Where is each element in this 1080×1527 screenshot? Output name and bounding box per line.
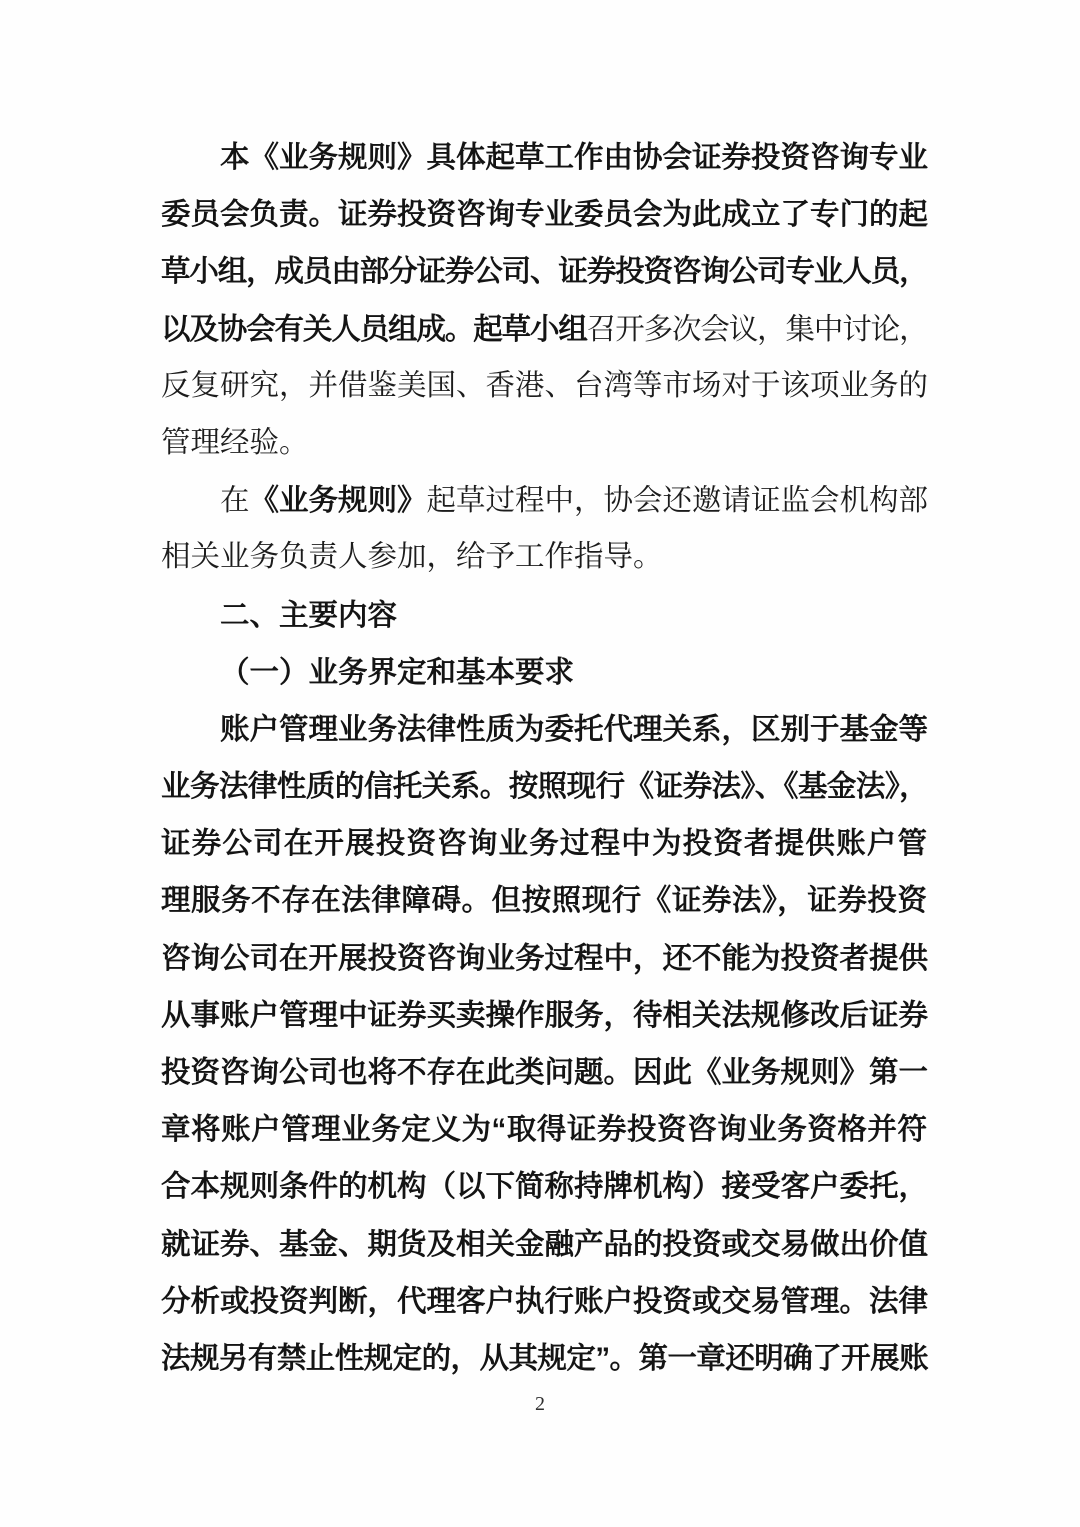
text-line: 在《业务规则》起草过程中，协会还邀请证监会机构部	[161, 472, 927, 529]
text-line: 账户管理业务法律性质为委托代理关系，区别于基金等	[161, 701, 927, 758]
text-run: 二、主要内容	[220, 599, 397, 632]
text-line: 投资咨询公司也将不存在此类问题。因此《业务规则》第一	[161, 1044, 927, 1101]
text-line: 草小组，成员由部分证券公司、证券投资咨询公司专业人员，	[161, 243, 927, 300]
text-line: 证券公司在开展投资咨询业务过程中为投资者提供账户管	[161, 815, 927, 872]
text-run: 召开多次会议，集中讨论，	[587, 314, 927, 346]
text-run: 起草过程中，协会还邀请证监会机构部	[427, 485, 929, 517]
page-number: 2	[0, 1390, 1080, 1418]
text-run: 投资咨询公司也将不存在此类问题。因此《业务规则》第一	[161, 1056, 928, 1089]
text-line: 以及协会有关人员组成。起草小组召开多次会议，集中讨论，	[161, 301, 927, 358]
text-line: 理服务不存在法律障碍。但按照现行《证券法》，证券投资	[161, 872, 927, 929]
text-run: 反复研究，并借鉴美国、香港、台湾等市场对于该项业务的	[161, 370, 928, 402]
text-run: 证券公司在开展投资咨询业务过程中为投资者提供账户管	[161, 827, 927, 860]
text-run: 从事账户管理中证券买卖操作服务，待相关法规修改后证券	[161, 999, 928, 1032]
text-line: 管理经验。	[161, 415, 927, 472]
text-run: 法规另有禁止性规定的，从其规定”。第一章还明确了开展账	[161, 1342, 927, 1375]
text-line: 反复研究，并借鉴美国、香港、台湾等市场对于该项业务的	[161, 358, 927, 415]
text-run: 账户管理业务法律性质为委托代理关系，区别于基金等	[220, 713, 928, 746]
text-line: 委员会负责。证券投资咨询专业委员会为此成立了专门的起	[161, 186, 927, 243]
text-line: 法规另有禁止性规定的，从其规定”。第一章还明确了开展账	[161, 1330, 927, 1387]
text-line: 相关业务负责人参加，给予工作指导。	[161, 529, 927, 586]
text-line: 咨询公司在开展投资咨询业务过程中，还不能为投资者提供	[161, 930, 927, 987]
text-line: 从事账户管理中证券买卖操作服务，待相关法规修改后证券	[161, 987, 927, 1044]
text-run: 管理经验。	[161, 427, 309, 459]
text-run: 合本规则条件的机构（以下简称持牌机构）接受客户委托，	[161, 1170, 928, 1203]
text-run: 相关业务负责人参加，给予工作指导。	[161, 541, 663, 573]
text-line: 本《业务规则》具体起草工作由协会证券投资咨询专业	[161, 129, 927, 186]
text-run: 在	[220, 485, 250, 517]
document-body: 本《业务规则》具体起草工作由协会证券投资咨询专业委员会负责。证券投资咨询专业委员…	[161, 129, 927, 1387]
text-line: （一）业务界定和基本要求	[161, 644, 927, 701]
text-line: 章将账户管理业务定义为“取得证券投资咨询业务资格并符	[161, 1101, 927, 1158]
text-run: 分析或投资判断，代理客户执行账户投资或交易管理。法律	[161, 1285, 928, 1318]
text-run: 以及协会有关人员组成。起草小组	[161, 313, 587, 346]
text-line: 就证券、基金、期货及相关金融产品的投资或交易做出价值	[161, 1216, 927, 1273]
text-run: 业务法律性质的信托关系。按照现行《证券法》、《基金法》，	[161, 770, 927, 803]
text-run: 委员会负责。证券投资咨询专业委员会为此成立了专门的起	[161, 198, 928, 231]
text-run: （一）业务界定和基本要求	[220, 656, 574, 689]
text-run: 章将账户管理业务定义为“取得证券投资咨询业务资格并符	[161, 1113, 927, 1146]
text-run: 就证券、基金、期货及相关金融产品的投资或交易做出价值	[161, 1228, 928, 1261]
text-run: 草小组，成员由部分证券公司、证券投资咨询公司专业人员，	[161, 255, 927, 288]
text-line: 二、主要内容	[161, 587, 927, 644]
document-page: 本《业务规则》具体起草工作由协会证券投资咨询专业委员会负责。证券投资咨询专业委员…	[0, 0, 1080, 1527]
text-run: 理服务不存在法律障碍。但按照现行《证券法》，证券投资	[161, 884, 927, 917]
text-line: 分析或投资判断，代理客户执行账户投资或交易管理。法律	[161, 1273, 927, 1330]
text-run: 本《业务规则》具体起草工作由协会证券投资咨询专业	[220, 141, 928, 174]
text-run: 《业务规则》	[250, 484, 427, 517]
text-line: 合本规则条件的机构（以下简称持牌机构）接受客户委托，	[161, 1158, 927, 1215]
text-line: 业务法律性质的信托关系。按照现行《证券法》、《基金法》，	[161, 758, 927, 815]
text-run: 咨询公司在开展投资咨询业务过程中，还不能为投资者提供	[161, 942, 928, 975]
